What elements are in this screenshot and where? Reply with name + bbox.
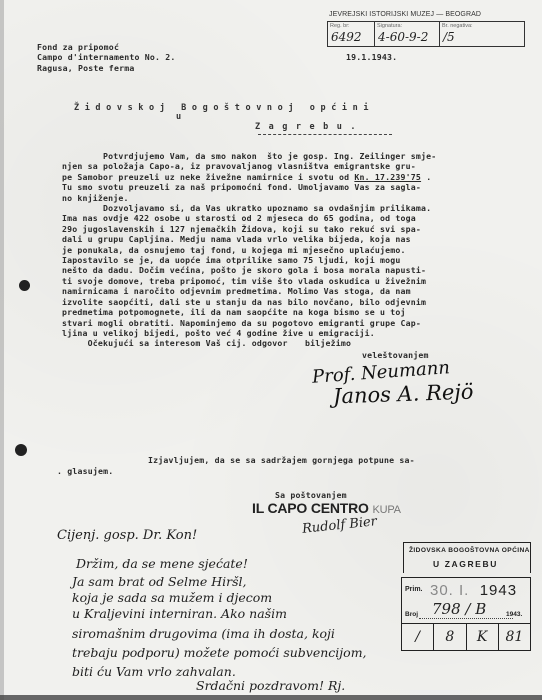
classification-cell: 81 bbox=[499, 624, 530, 651]
sender-line: Fond za pripomoć bbox=[37, 42, 176, 52]
capo-centro-stamp: IL CAPO CENTRO KUPA bbox=[252, 500, 401, 516]
reg-value: 6492 bbox=[331, 30, 362, 44]
addressee-line2: u bbox=[176, 113, 187, 123]
signature-rejo: Janos A. Rejö bbox=[333, 380, 474, 409]
body-paragraph-2: Dozvoljavamo si, da Vas ukratko upoznamo… bbox=[62, 203, 431, 348]
museum-stamp-title: JEVREJSKI ISTORIJSKI MUZEJ — BEOGRAD bbox=[329, 11, 481, 18]
handwritten-line: u Kraljevini interniran. Ako našim bbox=[72, 606, 287, 621]
museum-archive-stamp: JEVREJSKI ISTORIJSKI MUZEJ — BEOGRAD Reg… bbox=[327, 11, 527, 51]
zagreb-stamp-header: ŽIDOVSKA BOGOŠTOVNA OPĆINA U ZAGREBU bbox=[403, 542, 531, 573]
addressee-line3: Zagrebu. bbox=[255, 123, 364, 133]
received-date: 30. I. 1943 bbox=[430, 582, 517, 599]
sender-line: Ragusa, Poste ferma bbox=[37, 63, 176, 73]
handwritten-line: koja je sada sa mužem i djecom bbox=[72, 590, 272, 605]
reg-label: Reg. br: bbox=[330, 23, 350, 29]
broj-dotted-line bbox=[419, 618, 513, 619]
museum-stamp-box: Reg. br: 6492 Signatura: 4-60-9-2 Br. ne… bbox=[327, 21, 525, 47]
handwritten-line: Držim, da se mene sjećate! bbox=[76, 556, 248, 571]
sender-line: Campo d'internamento No. 2. bbox=[37, 52, 176, 62]
handwritten-line: biti ću Vam vrlo zahvalan. bbox=[72, 664, 236, 679]
handwritten-line: Srdačni pozdravom! Rj. bbox=[196, 678, 345, 693]
handwritten-line: siromašnim drugovima (ima ih dosta, koji bbox=[72, 626, 335, 641]
handwritten-line: Cijenj. gosp. Dr. Kon! bbox=[57, 528, 197, 543]
broj-value: 798 / B bbox=[432, 600, 486, 618]
zagreb-stamp-box: Prim. 30. I. 1943 Broj 798 / B 1943. / 8… bbox=[401, 577, 531, 651]
prim-label: Prim. bbox=[405, 586, 423, 593]
closing-line1: bilježimo bbox=[305, 338, 351, 348]
signatura-value: 4-60-9-2 bbox=[378, 30, 428, 44]
addressee-underline bbox=[258, 134, 392, 135]
handwritten-line: trebaju podporu) možete pomoći subvencij… bbox=[72, 645, 367, 660]
scan-edge-bottom bbox=[0, 695, 542, 700]
capo-stamp-faded: KUPA bbox=[372, 504, 400, 516]
letter-date: 19.1.1943. bbox=[346, 52, 397, 62]
negativ-value: /5 bbox=[443, 30, 455, 44]
capo-stamp-text: IL CAPO CENTRO bbox=[252, 500, 369, 516]
classification-cell: K bbox=[467, 624, 499, 651]
letter-body: Potvrdjujemo Vam, da smo nakon što je go… bbox=[62, 151, 436, 349]
zagreb-stamp-name: ŽIDOVSKA BOGOŠTOVNA OPĆINA bbox=[409, 547, 530, 554]
amount-value: Kn. 17.239'75 bbox=[354, 172, 421, 182]
handwritten-line: Ja sam brat od Selme Hiršl, bbox=[72, 574, 247, 589]
punch-hole bbox=[19, 280, 30, 291]
declaration-line1: Izjavljujem, da se sa sadržajem gornjega… bbox=[148, 455, 415, 465]
document-page: Fond za pripomoćCampo d'internamento No.… bbox=[0, 0, 542, 700]
negativ-cell: Br. negativa: /5 bbox=[440, 22, 524, 46]
reg-cell: Reg. br: 6492 bbox=[328, 22, 375, 46]
sender-address: Fond za pripomoćCampo d'internamento No.… bbox=[37, 42, 176, 73]
signatura-label: Signatura: bbox=[377, 23, 402, 29]
regards-text: Sa poštovanjem bbox=[275, 490, 347, 500]
broj-label: Broj bbox=[405, 611, 418, 618]
negativ-label: Br. negativa: bbox=[442, 23, 473, 29]
received-year: 1943 bbox=[480, 582, 517, 599]
zagreb-receipt-stamp: ŽIDOVSKA BOGOŠTOVNA OPĆINA U ZAGREBU Pri… bbox=[401, 542, 532, 652]
broj-year: 1943. bbox=[506, 611, 522, 618]
classification-cell: / bbox=[402, 624, 434, 651]
declaration-line2: . glasujem. bbox=[57, 466, 113, 476]
received-day: 30. I. bbox=[430, 582, 469, 599]
punch-hole bbox=[15, 444, 27, 456]
signatura-cell: Signatura: 4-60-9-2 bbox=[375, 22, 440, 46]
zagreb-stamp-city: U ZAGREBU bbox=[433, 559, 498, 569]
classification-cell: 8 bbox=[434, 624, 466, 651]
signature-rudolf: Rudolf Bier bbox=[301, 514, 377, 537]
scan-edge-left bbox=[0, 0, 4, 700]
classification-row: / 8 K 81 bbox=[402, 623, 530, 651]
addressee-line1: Židovskoj Bogoštovnoj općini bbox=[74, 104, 374, 114]
